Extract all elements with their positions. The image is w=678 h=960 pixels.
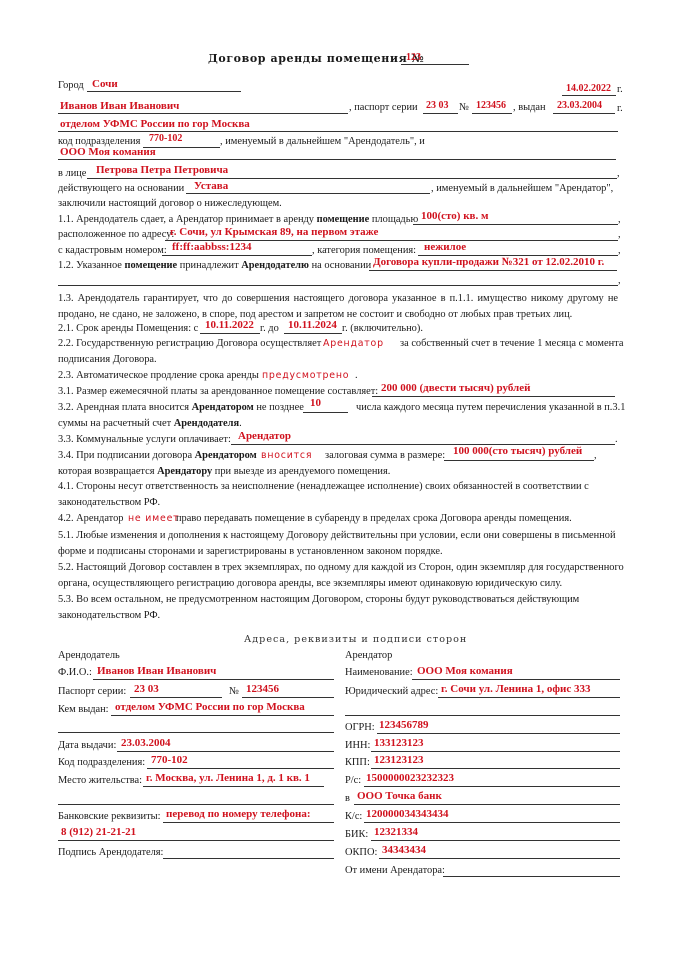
deposit-underline bbox=[444, 460, 594, 461]
landlord-bank-field[interactable]: перевод по номеру телефона: bbox=[166, 808, 310, 820]
area-field[interactable]: 100(сто) кв. м bbox=[421, 210, 489, 222]
landlord-named-text: , именуемый в дальнейшем "Арендодатель",… bbox=[220, 136, 425, 147]
clause-3-4: 3.4. При подписании договора Арендатором bbox=[58, 450, 257, 461]
utilities-payer-field[interactable]: Арендатор bbox=[238, 430, 291, 442]
clause-5-2-line1: 5.2. Настоящий Договор составлен в трех … bbox=[58, 562, 624, 573]
issued-label: , выдан bbox=[513, 102, 546, 113]
clause-2-1-prefix: 2.1. Срок аренды Помещения: с bbox=[58, 323, 198, 334]
term-from-field[interactable]: 10.11.2022 bbox=[205, 319, 254, 331]
sublease-right-field[interactable]: не имеет bbox=[128, 513, 179, 524]
city-field[interactable]: Сочи bbox=[92, 78, 118, 90]
clause-2-2-suffix: за собственный счет в течение 1 месяца с… bbox=[400, 338, 623, 349]
landlord-fio-underline bbox=[93, 679, 334, 680]
landlord-name-field[interactable]: Иванов Иван Иванович bbox=[60, 100, 179, 112]
tenant-bank-in-label: в bbox=[345, 793, 350, 804]
clause-1-2: 1.2. Указанное помещение принадлежит Аре… bbox=[58, 260, 371, 271]
tenant-corr-field[interactable]: 120000034343434 bbox=[366, 808, 449, 820]
tenant-bank-underline bbox=[354, 804, 620, 805]
contract-date-field[interactable]: 14.02.2022 bbox=[566, 83, 611, 94]
clause-1-2-bold2: Арендодателю bbox=[241, 260, 309, 271]
landlord-fio-label: Ф.И.О.: bbox=[58, 667, 92, 678]
comma: , bbox=[618, 245, 621, 256]
tenant-signature-field[interactable] bbox=[443, 876, 620, 877]
tenant-inn-underline bbox=[371, 751, 620, 752]
basis-underline bbox=[369, 270, 617, 271]
basis-underline-2 bbox=[58, 285, 618, 286]
clause-2-1-mid: г. до bbox=[260, 323, 279, 334]
clause-4-1-line1: 4.1. Стороны несут ответственность за не… bbox=[58, 481, 589, 492]
comma: , bbox=[618, 275, 621, 286]
tenant-account-label: Р/с: bbox=[345, 775, 361, 786]
clause-3-2: 3.2. Арендная плата вносится Арендатором… bbox=[58, 402, 304, 413]
tenant-legal-address-underline bbox=[438, 697, 620, 698]
landlord-phone-field[interactable]: 8 (912) 21-21-21 bbox=[61, 826, 136, 838]
landlord-signature-field[interactable] bbox=[163, 858, 334, 859]
clause-3-2-line2: суммы на расчетный счет Арендодателя. bbox=[58, 418, 242, 429]
tenant-corr-underline bbox=[364, 822, 620, 823]
tenant-okpo-underline bbox=[379, 858, 620, 859]
cadastral-field[interactable]: ff:ff:aabbss:1234 bbox=[172, 241, 251, 253]
clause-3-2-line2-suffix: . bbox=[239, 418, 242, 429]
landlord-division-label: Код подразделения: bbox=[58, 757, 145, 768]
document-title: Договор аренды помещения № bbox=[208, 52, 424, 65]
issued-date-underline bbox=[553, 113, 615, 114]
issued-date-field[interactable]: 23.03.2004 bbox=[557, 100, 602, 111]
tenant-ogrn-label: ОГРН: bbox=[345, 722, 375, 733]
clause-5-2-line2: органа, осуществляющего регистрацию дого… bbox=[58, 578, 562, 589]
term-from-underline bbox=[200, 333, 260, 334]
clause-3-4-line2: которая возвращается Арендатору при выез… bbox=[58, 466, 390, 477]
landlord-residence-field[interactable]: г. Москва, ул. Ленина 1, д. 1 кв. 1 bbox=[146, 772, 310, 784]
issued-by-underline bbox=[58, 131, 618, 132]
acting-basis-label: действующего на основании bbox=[58, 183, 184, 194]
division-code-field[interactable]: 770-102 bbox=[149, 133, 182, 144]
landlord-issued-by-underline-2 bbox=[58, 732, 334, 733]
tenant-name-underline bbox=[412, 679, 620, 680]
cadastral-underline bbox=[162, 255, 312, 256]
landlord-heading: Арендодатель bbox=[58, 650, 120, 661]
tenant-account-underline bbox=[364, 786, 620, 787]
address-label: расположенное по адресу: bbox=[58, 229, 174, 240]
passport-series-label: , паспорт серии bbox=[349, 102, 418, 113]
ownership-basis-field[interactable]: Договора купли-продажи №321 от 12.02.201… bbox=[373, 256, 604, 268]
clause-4-2-suffix: право передавать помещение в субаренду в… bbox=[176, 513, 572, 524]
passport-series-underline bbox=[423, 113, 458, 114]
clause-5-1-line2: форме и подписаны сторонами и зарегистри… bbox=[58, 546, 443, 557]
landlord-issued-by-underline bbox=[111, 715, 334, 716]
contract-number-field[interactable]: 123 bbox=[406, 52, 421, 63]
landlord-division-underline bbox=[147, 768, 334, 769]
clause-3-4-bold: Арендатором bbox=[195, 450, 257, 461]
acting-basis-field[interactable]: Устава bbox=[194, 180, 228, 192]
tenant-bank-field[interactable]: ООО Точка банк bbox=[357, 790, 442, 802]
in-person-label: в лице bbox=[58, 168, 86, 179]
clause-3-2-prefix: 3.2. Арендная плата вносится bbox=[58, 402, 189, 413]
tenant-okpo-label: ОКПО: bbox=[345, 847, 377, 858]
issued-by-field[interactable]: отделом УФМС России по гор Москва bbox=[60, 118, 250, 130]
clause-1-1-bold: помещение bbox=[317, 214, 370, 225]
tenant-corr-label: К/с: bbox=[345, 811, 362, 822]
comma: , bbox=[594, 450, 597, 461]
monthly-rent-field[interactable]: 200 000 (двести тысяч) рублей bbox=[381, 382, 530, 394]
clause-5-1-line1: 5.1. Любые изменения и дополнения к наст… bbox=[58, 530, 616, 541]
clause-3-4-line2-bold: Арендатору bbox=[157, 466, 212, 477]
tenant-inn-field[interactable]: 133123123 bbox=[374, 737, 424, 749]
clause-1-1-prefix: 1.1. Арендодатель сдает, а Арендатор при… bbox=[58, 214, 314, 225]
acting-basis-underline bbox=[186, 193, 430, 194]
tenant-rep-underline bbox=[87, 178, 617, 179]
tenant-heading: Арендатор bbox=[345, 650, 392, 661]
landlord-passport-number-field[interactable]: 123456 bbox=[246, 683, 279, 695]
deposit-amount-field[interactable]: 100 000(сто тысяч) рублей bbox=[453, 445, 582, 457]
tenant-ogrn-underline bbox=[377, 733, 620, 734]
tenant-org-underline bbox=[58, 159, 616, 160]
tenant-bik-underline bbox=[371, 840, 620, 841]
registration-party-field[interactable]: Арендатор bbox=[323, 338, 384, 349]
clause-2-2-line2: подписания Договора. bbox=[58, 354, 157, 365]
landlord-signature-label: Подпись Арендодателя: bbox=[58, 847, 163, 858]
clause-1-3: 1.3. Арендодатель гарантирует, что до со… bbox=[58, 291, 618, 323]
tenant-rep-field[interactable]: Петрова Петра Петровича bbox=[96, 164, 228, 176]
category-field[interactable]: нежилое bbox=[424, 241, 466, 253]
area-underline bbox=[413, 224, 618, 225]
period: . bbox=[615, 434, 618, 445]
comma: , bbox=[618, 229, 621, 240]
clause-2-2-prefix: 2.2. Государственную регистрацию Договор… bbox=[58, 338, 321, 349]
tenant-okpo-field[interactable]: 34343434 bbox=[382, 844, 426, 856]
auto-renewal-field[interactable]: предусмотрено bbox=[262, 370, 349, 381]
concluded-text: заключили настоящий договор о нижеследую… bbox=[58, 198, 282, 209]
tenant-kpp-field[interactable]: 123123123 bbox=[374, 754, 424, 766]
passport-number-underline bbox=[472, 113, 512, 114]
issued-suffix: г. bbox=[617, 103, 623, 114]
clause-3-3-prefix: 3.3. Коммунальные услуги оплачивает: bbox=[58, 434, 231, 445]
landlord-name-underline bbox=[58, 113, 348, 114]
clause-1-1: 1.1. Арендодатель сдает, а Арендатор при… bbox=[58, 214, 418, 225]
clause-3-2-bold: Арендатором bbox=[192, 402, 254, 413]
tenant-legal-address-label: Юридический адрес: bbox=[345, 686, 438, 697]
tenant-org-field[interactable]: ООО Моя комания bbox=[60, 146, 156, 158]
tenant-signature-label: От имени Арендатора: bbox=[345, 865, 445, 876]
clause-3-1-prefix: 3.1. Размер ежемесячной платы за арендов… bbox=[58, 386, 378, 397]
landlord-issue-date-underline bbox=[117, 751, 334, 752]
passport-series-field[interactable]: 23 03 bbox=[426, 100, 449, 111]
city-label: Город bbox=[58, 80, 84, 91]
clause-2-3-suffix: . bbox=[355, 370, 358, 381]
tenant-kpp-underline bbox=[371, 768, 620, 769]
tenant-inn-label: ИНН: bbox=[345, 740, 370, 751]
address-field[interactable]: г. Сочи, ул Крымская 89, на первом этаже bbox=[170, 226, 378, 238]
landlord-passport-number-underline bbox=[242, 697, 334, 698]
city-underline bbox=[87, 91, 241, 92]
landlord-passport-series-underline bbox=[130, 697, 222, 698]
landlord-residence-underline-2 bbox=[58, 804, 334, 805]
clause-1-1-area-label: площадью bbox=[372, 214, 418, 225]
rent-underline bbox=[372, 396, 615, 397]
category-label: , категория помещения: bbox=[312, 245, 416, 256]
comma: , bbox=[618, 214, 621, 225]
landlord-passport-number-label: № bbox=[229, 686, 239, 697]
tenant-name-label: Наименование: bbox=[345, 667, 413, 678]
clause-2-1-suffix: г. (включительно). bbox=[342, 323, 423, 334]
deposit-verb-field[interactable]: вносится bbox=[261, 450, 312, 461]
date-underline bbox=[562, 95, 616, 96]
landlord-bank-label: Банковские реквизиты: bbox=[58, 811, 161, 822]
clause-5-3-line1: 5.3. Во всем остальном, не предусмотренн… bbox=[58, 594, 579, 605]
clause-1-2-mid: принадлежит bbox=[180, 260, 239, 271]
clause-3-4-line2-prefix: которая возвращается bbox=[58, 466, 155, 477]
pay-day-field[interactable]: 10 bbox=[310, 397, 321, 409]
clause-3-4-line2-suffix: при выезде из арендуемого помещения. bbox=[215, 466, 391, 477]
clause-2-3-prefix: 2.3. Автоматическое продление срока арен… bbox=[58, 370, 259, 381]
comma: , bbox=[617, 168, 620, 179]
term-to-field[interactable]: 10.11.2024 bbox=[288, 319, 337, 331]
tenant-named-text: , именуемый в дальнейшем "Арендатор", bbox=[431, 183, 613, 194]
tenant-bik-label: БИК: bbox=[345, 829, 368, 840]
tenant-bik-field[interactable]: 12321334 bbox=[374, 826, 418, 838]
tenant-kpp-label: КПП: bbox=[345, 757, 370, 768]
landlord-fio-field[interactable]: Иванов Иван Иванович bbox=[97, 665, 216, 677]
requisites-title: Адреса, реквизиты и подписи сторон bbox=[244, 634, 467, 645]
contract-number-underline bbox=[401, 64, 469, 65]
clause-5-3-line2: законодательством РФ. bbox=[58, 610, 160, 621]
clause-1-2-bold1: помещение bbox=[125, 260, 178, 271]
landlord-passport-series-field[interactable]: 23 03 bbox=[134, 683, 159, 695]
landlord-residence-label: Место жительства: bbox=[58, 775, 142, 786]
landlord-passport-series-label: Паспорт серии: bbox=[58, 686, 126, 697]
clause-3-2-mid: не позднее bbox=[256, 402, 304, 413]
landlord-issue-date-label: Дата выдачи: bbox=[58, 740, 116, 751]
passport-number-field[interactable]: 123456 bbox=[476, 100, 506, 111]
tenant-legal-address-underline-2 bbox=[345, 715, 620, 716]
landlord-issue-date-field[interactable]: 23.03.2004 bbox=[121, 737, 171, 749]
landlord-issued-by-field[interactable]: отделом УФМС России по гор Москва bbox=[115, 701, 305, 713]
clause-1-2-suffix: на основании bbox=[312, 260, 372, 271]
tenant-legal-address-field[interactable]: г. Сочи ул. Ленина 1, офис 333 bbox=[441, 683, 590, 695]
date-suffix: г. bbox=[617, 84, 623, 95]
landlord-residence-underline bbox=[143, 786, 324, 787]
clause-4-1-line2: законодательством РФ. bbox=[58, 497, 160, 508]
landlord-issued-by-label: Кем выдан: bbox=[58, 704, 109, 715]
clause-3-2-suffix: числа каждого месяца путем перечисления … bbox=[356, 402, 625, 413]
landlord-bank-underline bbox=[163, 822, 334, 823]
clause-3-4-prefix: 3.4. При подписании договора bbox=[58, 450, 192, 461]
clause-3-4-mid: залоговая сумма в размере: bbox=[325, 450, 445, 461]
tenant-account-field[interactable]: 1500000023232323 bbox=[366, 772, 454, 784]
term-to-underline bbox=[284, 333, 342, 334]
tenant-name-field[interactable]: ООО Моя комания bbox=[417, 665, 513, 677]
clause-1-2-prefix: 1.2. Указанное bbox=[58, 260, 122, 271]
clause-4-2-prefix: 4.2. Арендатор bbox=[58, 513, 123, 524]
cadastral-label: с кадастровым номером: bbox=[58, 245, 167, 256]
clause-3-2-line2-bold: Арендодателя bbox=[174, 418, 239, 429]
passport-number-label: № bbox=[459, 102, 469, 113]
tenant-ogrn-field[interactable]: 123456789 bbox=[379, 719, 429, 731]
clause-3-2-line2-prefix: суммы на расчетный счет bbox=[58, 418, 171, 429]
landlord-phone-underline bbox=[58, 840, 334, 841]
pay-day-underline bbox=[303, 412, 348, 413]
landlord-division-field[interactable]: 770-102 bbox=[151, 754, 188, 766]
